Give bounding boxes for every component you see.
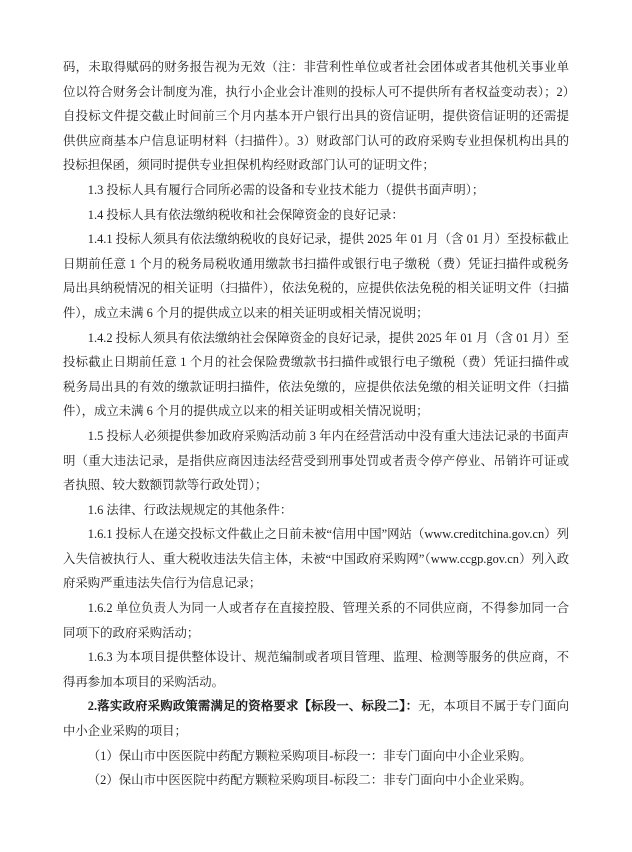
paragraph-clause-1-6-2: 1.6.2 单位负责人为同一人或者存在直接控股、管理关系的不同供应商，不得参加同… (63, 596, 569, 645)
paragraph-clause-1-6-1: 1.6.1 投标人在递交投标文件截止之日前未被“信用中国”网站（www.cred… (63, 522, 569, 596)
policy-clause-heading: 2.落实政府采购政策需满足的资格要求【标段一、标段二】： (88, 699, 418, 713)
paragraph-continuation-financial-credit-clause: 码，未取得赋码的财务报告视为无效（注：非营利性单位或者社会团体或者其他机关事业单… (63, 55, 569, 178)
paragraph-clause-1-4: 1.4 投标人具有依法缴纳税收和社会保障资金的良好记录： (63, 203, 569, 228)
paragraph-clause-1-5: 1.5 投标人必须提供参加政府采购活动前 3 年内在经营活动中没有重大违法记录的… (63, 424, 569, 498)
paragraph-clause-2-policy: 2.落实政府采购政策需满足的资格要求【标段一、标段二】：无，本项目不属于专门面向… (63, 694, 569, 743)
paragraph-clause-1-6-3: 1.6.3 为本项目提供整体设计、规范编制或者项目管理、监理、检测等服务的供应商… (63, 645, 569, 694)
paragraph-clause-1-4-1: 1.4.1 投标人须具有依法缴纳税收的良好记录，提供 2025 年 01 月（含… (63, 227, 569, 325)
paragraph-clause-1-3: 1.3 投标人具有履行合同所必需的设备和专业技术能力（提供书面声明）； (63, 178, 569, 203)
paragraph-clause-1-4-2: 1.4.2 投标人须具有依法缴纳社会保障资金的良好记录，提供 2025 年 01… (63, 326, 569, 424)
document-page: 码，未取得赋码的财务报告视为无效（注：非营利性单位或者社会团体或者其他机关事业单… (0, 0, 632, 852)
paragraph-policy-item-1: （1）保山市中医医院中药配方颗粒采购项目-标段一：非专门面向中小企业采购。 (63, 744, 569, 769)
paragraph-policy-item-2: （2）保山市中医医院中药配方颗粒采购项目-标段二：非专门面向中小企业采购。 (63, 768, 569, 793)
paragraph-clause-1-6: 1.6 法律、行政法规规定的其他条件： (63, 498, 569, 523)
